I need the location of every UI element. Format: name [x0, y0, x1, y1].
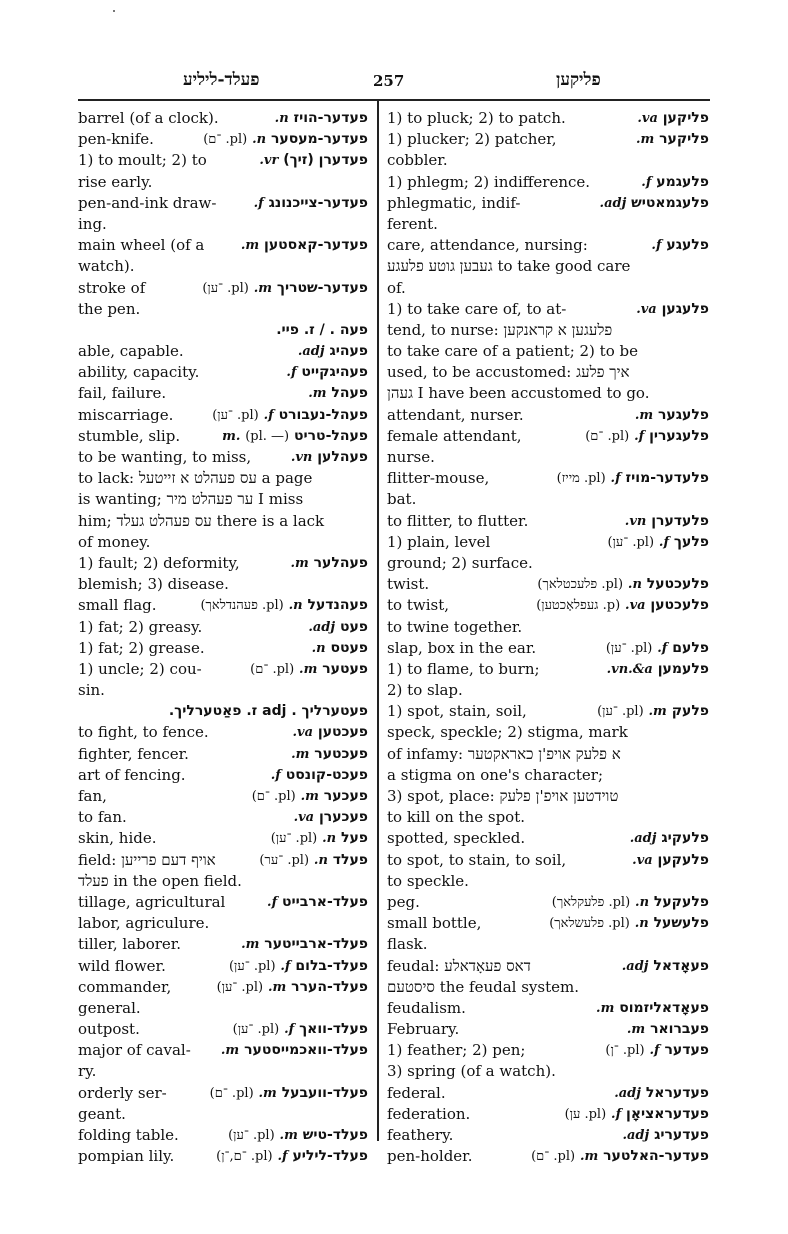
english-gloss: folding table.: [78, 1125, 179, 1146]
grammar-label: f.: [634, 429, 644, 444]
dictionary-line: spotted, speckled.פלעקיג adj.: [387, 828, 709, 849]
headword-group: פעדער-צייכנונג f.: [254, 193, 368, 214]
grammar-label: adj.: [622, 1128, 649, 1143]
headword-group: פעכטען va.: [293, 722, 369, 743]
grammar-label: f.: [659, 535, 669, 550]
english-gloss: speck, speckle; 2) stigma, mark: [387, 722, 628, 743]
dictionary-line: nurse.: [387, 447, 709, 468]
english-gloss: small flag.: [78, 595, 157, 616]
english-gloss: סיסטעם the feudal system.: [387, 977, 579, 998]
headword-group: פלעגער m.: [635, 405, 709, 426]
dictionary-line: 2) to slap.: [387, 680, 709, 701]
yiddish-headword: פליקער: [659, 131, 709, 147]
grammar-label: f.: [641, 175, 651, 190]
yiddish-headword: פעל: [341, 830, 368, 846]
english-gloss: geant.: [78, 1104, 126, 1125]
guide-word-left: פעלד-ליליע: [183, 70, 260, 90]
headword-group: פעלד-וואכמייסטער m.: [221, 1040, 368, 1061]
dictionary-line: general.: [78, 998, 368, 1019]
plural-form: (pl. ־ם,־ן): [216, 1149, 272, 1164]
headword-group: פעדעריג adj.: [622, 1125, 709, 1146]
yiddish-headword: פעטער: [322, 661, 368, 677]
plural-form: (pl. —): [245, 429, 289, 444]
headword-group: פעטער m. (pl. ־ם): [250, 659, 368, 680]
yiddish-headword: פעלד-ארבייטער: [264, 936, 368, 952]
headword-group: פעלד-טיש m. (pl. ־ען): [228, 1125, 368, 1146]
grammar-label: m.: [596, 1001, 614, 1016]
yiddish-headword: פעדער-האלטער: [603, 1148, 709, 1164]
grammar-label: f.: [254, 196, 264, 211]
yiddish-headword: פלעשעל: [654, 915, 709, 931]
headword-group: פעלד-וועבעל m. (pl. ־ם): [210, 1083, 368, 1104]
headword-group: פעטערליך . adj ז. פאַטערליך.: [169, 701, 368, 722]
grammar-label: m.: [308, 386, 326, 401]
yiddish-headword: פעכט-קונסט: [286, 767, 368, 783]
plural-form: (pl. ־ען): [597, 704, 644, 719]
english-gloss: the pen.: [78, 299, 140, 320]
dictionary-line: fan,פעכער m. (pl. ־ם): [78, 786, 368, 807]
dictionary-line: of infamy: א פלעק אויפ'ן כאראקטער: [387, 744, 709, 765]
headword-group: פלעגמאטיש adj.: [600, 193, 709, 214]
headword-group: פעל n. (pl. ־ען): [271, 828, 368, 849]
grammar-label: n.: [312, 641, 326, 656]
dictionary-line: 1) phlegm; 2) indifference.פלעגמע f.: [387, 172, 709, 193]
yiddish-headword: פלעדערן: [651, 513, 709, 529]
english-gloss: federal.: [387, 1083, 446, 1104]
yiddish-headword: פלעקען: [658, 852, 709, 868]
plural-form: (pl. ־ם): [252, 789, 296, 804]
english-gloss: 1) to take care of, to at-: [387, 299, 566, 320]
english-gloss: to kill on the spot.: [387, 807, 525, 828]
plural-form: (pl. ־ען): [212, 408, 259, 423]
headword-group: פעכערן va.: [294, 807, 368, 828]
yiddish-headword: פעהיגקייט: [301, 364, 368, 380]
yiddish-headword: פעדער-הויז: [294, 110, 368, 126]
dictionary-line: ground; 2) surface.: [387, 553, 709, 574]
grammar-label: f.: [611, 471, 621, 486]
dictionary-line: cobbler.: [387, 150, 709, 171]
yiddish-headword: פעהנדעל: [307, 597, 368, 613]
english-gloss: small bottle,: [387, 913, 481, 934]
yiddish-headword: פלעק: [672, 703, 709, 719]
english-gloss: bat.: [387, 489, 416, 510]
dictionary-line: barrel (of a clock).פעדער-הויז n.: [78, 108, 368, 129]
english-gloss: of money.: [78, 532, 150, 553]
dictionary-line: feudalism.פעאָדאליזמוס m.: [387, 998, 709, 1019]
grammar-label: va.: [294, 810, 315, 825]
english-gloss: used, to be accustomed: איך פלעג: [387, 362, 630, 383]
dictionary-line: tillage, agriculturalפעלד-ארבייט f.: [78, 892, 368, 913]
english-gloss: spotted, speckled.: [387, 828, 525, 849]
dictionary-line: ability, capacity.פעהיגקייט f.: [78, 362, 368, 383]
english-gloss: feathery.: [387, 1125, 453, 1146]
dictionary-line: to spot, to stain, to soil,פלעקען va.: [387, 850, 709, 871]
english-gloss: feudal: דאס פעאָדאלע: [387, 956, 531, 977]
dictionary-line: flitter-mouse,פלעדער-מויז f. (pl. מייז): [387, 468, 709, 489]
grammar-label: vr.: [259, 153, 278, 168]
english-gloss: to lack: עס פעהלט א זייטעל a page: [78, 468, 312, 489]
dictionary-line: פעלד in the open field.: [78, 871, 368, 892]
english-gloss: care, attendance, nursing:: [387, 235, 588, 256]
yiddish-headword: פעדעראציאָן: [626, 1106, 709, 1122]
grammar-label: n.: [314, 853, 328, 868]
dictionary-line: watch).: [78, 256, 368, 277]
english-gloss: 1) to moult; 2) to: [78, 150, 207, 171]
headword-group: פעדער-שטריך m. (pl. ־ען): [202, 278, 368, 299]
grammar-label: m.: [301, 789, 319, 804]
english-gloss: nurse.: [387, 447, 435, 468]
plural-form: (pl. ־ם): [531, 1149, 575, 1164]
dictionary-line: small bottle,פלעשעל n. (pl. פלעשלאך): [387, 913, 709, 934]
dictionary-line: 1) plain, levelפלעך f. (pl. ־ען): [387, 532, 709, 553]
grammar-label: n.: [322, 831, 336, 846]
plural-form: (pl. ־ן): [605, 1043, 644, 1058]
headword-group: פלעגערין f. (pl. ־ם): [585, 426, 709, 447]
headword-group: פעהנדעל n. (pl. פעהנדלאך): [200, 595, 368, 616]
english-gloss: 1) fat; 2) greasy.: [78, 617, 202, 638]
yiddish-headword: פעדעריג: [654, 1127, 709, 1143]
header-rule: [78, 99, 710, 101]
grammar-label: m.: [291, 747, 309, 762]
yiddish-headword: פעהל: [331, 385, 368, 401]
yiddish-headword: פעדער-מעסער: [271, 131, 368, 147]
dictionary-line: folding table.פעלד-טיש m. (pl. ־ען): [78, 1125, 368, 1146]
yiddish-headword: פעלד-וועבעל: [282, 1085, 368, 1101]
english-gloss: of.: [387, 278, 406, 299]
dictionary-line: 3) spring (of a watch).: [387, 1061, 709, 1082]
headword-group: פעדער f. (pl. ־ן): [605, 1040, 709, 1061]
grammar-label: adj.: [600, 196, 627, 211]
dictionary-line: used, to be accustomed: איך פלעג: [387, 362, 709, 383]
grammar-label: adj.: [298, 344, 325, 359]
grammar-label: m.: [241, 937, 259, 952]
english-gloss: major of caval-: [78, 1040, 191, 1061]
headword-group: פלעקיג adj.: [630, 828, 709, 849]
english-gloss: fan,: [78, 786, 107, 807]
headword-group: פעכטער m.: [291, 744, 368, 765]
dictionary-line: of money.: [78, 532, 368, 553]
english-gloss: pen-holder.: [387, 1146, 472, 1167]
dictionary-line: 1) fat; 2) greasy.פעט adj.: [78, 617, 368, 638]
dictionary-line: to twine together.: [387, 617, 709, 638]
page-number: 257: [373, 72, 404, 90]
headword-group: פלעקען va.: [632, 850, 709, 871]
dictionary-line: 1) feather; 2) pen;פעדער f. (pl. ־ן): [387, 1040, 709, 1061]
plural-form: (pl. ־ען): [228, 1128, 275, 1143]
english-gloss: fail, failure.: [78, 383, 166, 404]
grammar-label: m.: [280, 1128, 298, 1143]
yiddish-headword: פלעגמע: [656, 174, 709, 190]
english-gloss: February.: [387, 1019, 459, 1040]
headword-group: פעלד-ליליע f. (pl. ־ם,־ן): [216, 1146, 368, 1167]
dictionary-line: ing.: [78, 214, 368, 235]
grammar-label: adj.: [622, 959, 649, 974]
dictionary-line: tend, to nurse: פלעגען א קראנקען: [387, 320, 709, 341]
english-gloss: art of fencing.: [78, 765, 186, 786]
dictionary-line: to kill on the spot.: [387, 807, 709, 828]
english-gloss: 3) spring (of a watch).: [387, 1061, 556, 1082]
headword-group: פלעם f. (pl. ־ען): [606, 638, 709, 659]
grammar-label: va.: [625, 598, 646, 613]
headword-group: פעלד n. (pl. ־ער): [259, 850, 368, 871]
english-gloss: pompian lily.: [78, 1146, 174, 1167]
grammar-label: adj.: [614, 1086, 641, 1101]
yiddish-headword: פעהלער: [314, 555, 368, 571]
headword-group: פעהלען vn.: [291, 447, 368, 468]
yiddish-headword: פעט: [340, 619, 368, 635]
grammar-label: m.: [222, 429, 240, 444]
dictionary-line: 1) uncle; 2) cou-פעטער m. (pl. ־ם): [78, 659, 368, 680]
english-gloss: fighter, fencer.: [78, 744, 189, 765]
dictionary-line: main wheel (of aפעדער-קאסטען m.: [78, 235, 368, 256]
dictionary-line: peg.פלעקעל n. (pl. פלעקלאך): [387, 892, 709, 913]
dictionary-line: to flitter, to flutter.פלעדערן vn.: [387, 511, 709, 532]
yiddish-headword: פעדער-שטריך: [277, 280, 368, 296]
english-gloss: skin, hide.: [78, 828, 157, 849]
yiddish-headword: פעה . / ז. פיי.: [276, 322, 368, 338]
english-gloss: to be wanting, to miss,: [78, 447, 251, 468]
headword-group: פעלד-וואך f. (pl. ־ען): [233, 1019, 368, 1040]
headword-group: פעאָדאליזמוס m.: [596, 998, 709, 1019]
dictionary-line: attendant, nurser.פלעגער m.: [387, 405, 709, 426]
yiddish-headword: פעטערליך . adj ז. פאַטערליך.: [169, 703, 368, 719]
dictionary-line: art of fencing.פעכט-קונסט f.: [78, 765, 368, 786]
english-gloss: phlegmatic, indif-: [387, 193, 520, 214]
english-gloss: ground; 2) surface.: [387, 553, 533, 574]
scan-speck: [113, 10, 115, 12]
yiddish-headword: פעלד-ליליע: [292, 1148, 368, 1164]
english-gloss: 1) fault; 2) deformity,: [78, 553, 240, 574]
grammar-label: n.: [628, 577, 642, 592]
dictionary-line: field: אויף דעם פרייעןפעלד n. (pl. ־ער): [78, 850, 368, 871]
dictionary-line: 1) to moult; 2) toפעדערן (זיך) vr.: [78, 150, 368, 171]
plural-form: (pl. ־ם): [250, 662, 294, 677]
plural-form: (pl. ־ם): [585, 429, 629, 444]
yiddish-headword: פעכער: [324, 788, 368, 804]
english-gloss: watch).: [78, 256, 135, 277]
dictionary-line: 3) spot, place: טוידטען אויפ'ן פלעק: [387, 786, 709, 807]
grammar-label: f.: [651, 238, 661, 253]
yiddish-headword: פעלד-בלום: [295, 958, 368, 974]
english-gloss: 1) feather; 2) pen;: [387, 1040, 525, 1061]
grammar-label: m.: [259, 1086, 277, 1101]
grammar-label: f.: [649, 1043, 659, 1058]
yiddish-headword: פעלד-וואך: [299, 1021, 368, 1037]
dictionary-line: feathery.פעדעריג adj.: [387, 1125, 709, 1146]
english-gloss: sin.: [78, 680, 105, 701]
dictionary-line: pompian lily.פעלד-ליליע f. (pl. ־ם,־ן): [78, 1146, 368, 1167]
headword-group: פעדעראציאָן f. (pl. ען): [565, 1104, 709, 1125]
yiddish-headword: פעלד: [333, 852, 368, 868]
dictionary-line: federal.פעדעראל adj.: [387, 1083, 709, 1104]
english-gloss: ability, capacity.: [78, 362, 199, 383]
dictionary-line: 1) plucker; 2) patcher,פליקער m.: [387, 129, 709, 150]
plural-form: (pl. ־ען): [607, 535, 654, 550]
english-gloss: pen-knife.: [78, 129, 154, 150]
yiddish-headword: פעכטען: [318, 724, 368, 740]
headword-group: פעטס n.: [312, 638, 368, 659]
yiddish-headword: פעהלען: [317, 449, 368, 465]
headword-group: פלעדער-מויז f. (pl. מייז): [557, 468, 709, 489]
grammar-label: vn.: [625, 514, 647, 529]
dictionary-line: to twist,פלעכטען va. (p. געפלאָכטען): [387, 595, 709, 616]
running-head: פעלד-ליליע 257 פליקען: [78, 70, 710, 92]
yiddish-headword: פלעכטען: [650, 597, 709, 613]
dictionary-line: pen-holder.פעדער-האלטער m. (pl. ־ם): [387, 1146, 709, 1167]
grammar-label: f.: [657, 641, 667, 656]
grammar-label: va.: [293, 725, 314, 740]
english-gloss: barrel (of a clock).: [78, 108, 219, 129]
english-gloss: general.: [78, 998, 141, 1019]
dictionary-line: 1) to take care of, to at-פלעגען va.: [387, 299, 709, 320]
plural-form: (pl. ־ער): [259, 853, 309, 868]
grammar-label: f.: [286, 365, 296, 380]
headword-group: פליקער m.: [636, 129, 709, 150]
grammar-label: f.: [271, 768, 281, 783]
dictionary-line: געהן I have been accustomed to go.: [387, 383, 709, 404]
dictionary-line: major of caval-פעלד-וואכמייסטער m.: [78, 1040, 368, 1061]
grammar-label: n.: [289, 598, 303, 613]
headword-group: פעכער m. (pl. ־ם): [252, 786, 368, 807]
grammar-label: m.: [241, 238, 259, 253]
dictionary-line: 1) to flame, to burn;פלעמען vn.&a.: [387, 659, 709, 680]
grammar-label: vn.&a.: [607, 662, 653, 677]
english-gloss: to take care of a patient; 2) to be: [387, 341, 638, 362]
dictionary-line: miscarriage.פעהל-נעבורט f. (pl. ־ען): [78, 405, 368, 426]
dictionary-line: skin, hide.פעל n. (pl. ־ען): [78, 828, 368, 849]
dictionary-line: ry.: [78, 1061, 368, 1082]
yiddish-headword: פלעגערין: [649, 428, 709, 444]
english-gloss: him; עס פעהלט געלד there is a lack: [78, 511, 324, 532]
headword-group: פעלד-ארבייטער m.: [241, 934, 368, 955]
headword-group: פעהל-נעבורט f. (pl. ־ען): [212, 405, 368, 426]
english-gloss: field: אויף דעם פרייען: [78, 850, 216, 871]
plural-form: (pl. פעהנדלאך): [200, 598, 283, 613]
yiddish-headword: פעלד-ארבייט: [282, 894, 368, 910]
dictionary-line: stumble, slip.פעהל-טריט m. (pl. —): [78, 426, 368, 447]
english-gloss: stroke of: [78, 278, 145, 299]
headword-group: פעה . / ז. פיי.: [276, 320, 368, 341]
dictionary-line: labor, agriculure.: [78, 913, 368, 934]
dictionary-line: is wanting; ער פעהלט מיר I miss: [78, 489, 368, 510]
grammar-label: f.: [267, 895, 277, 910]
yiddish-headword: פעדער-קאסטען: [264, 237, 368, 253]
english-gloss: flask.: [387, 934, 428, 955]
plural-form: (pl. מייז): [557, 471, 606, 486]
english-gloss: main wheel (of a: [78, 235, 204, 256]
english-gloss: 1) spot, stain, soil,: [387, 701, 527, 722]
headword-group: פלעגמע f.: [641, 172, 709, 193]
dictionary-line: fail, failure.פעהל m.: [78, 383, 368, 404]
grammar-label: adj.: [308, 620, 335, 635]
dictionary-line: of.: [387, 278, 709, 299]
english-gloss: tillage, agricultural: [78, 892, 225, 913]
dictionary-line: able, capable.פעהיג adj.: [78, 341, 368, 362]
yiddish-headword: פלעם: [672, 640, 709, 656]
grammar-label: n.: [635, 895, 649, 910]
english-gloss: rise early.: [78, 172, 152, 193]
dictionary-line: pen-and-ink draw-פעדער-צייכנונג f.: [78, 193, 368, 214]
english-gloss: is wanting; ער פעהלט מיר I miss: [78, 489, 303, 510]
headword-group: פלעכטען va. (p. געפלאָכטען): [536, 595, 709, 616]
yiddish-headword: פלעקעל: [654, 894, 709, 910]
dictionary-line: small flag.פעהנדעל n. (pl. פעהנדלאך): [78, 595, 368, 616]
yiddish-headword: פעטס: [330, 640, 368, 656]
plural-form: (pl. ען): [565, 1107, 607, 1122]
yiddish-headword: פעהל-נעבורט: [279, 407, 368, 423]
yiddish-headword: פלעגען: [662, 301, 709, 317]
yiddish-headword: פלעכטעל: [647, 576, 709, 592]
headword-group: פעדערן (זיך) vr.: [259, 150, 368, 171]
english-gloss: 1) to flame, to burn;: [387, 659, 540, 680]
english-gloss: to fan.: [78, 807, 127, 828]
english-gloss: 1) uncle; 2) cou-: [78, 659, 202, 680]
dictionary-line: female attendant,פלעגערין f. (pl. ־ם): [387, 426, 709, 447]
english-gloss: געהן I have been accustomed to go.: [387, 383, 649, 404]
headword-group: פלעשעל n. (pl. פלעשלאך): [549, 913, 709, 934]
dictionary-line: flask.: [387, 934, 709, 955]
headword-group: פעהל-טריט m. (pl. —): [222, 426, 368, 447]
yiddish-headword: פעהל-טריט: [294, 428, 368, 444]
grammar-label: m.: [580, 1149, 598, 1164]
headword-group: פעדער-הויז n.: [275, 108, 368, 129]
headword-group: פעלד-בלום f. (pl. ־ען): [229, 956, 368, 977]
right-column: 1) to pluck; 2) to patch.פליקען va.1) pl…: [387, 108, 709, 1167]
yiddish-headword: פלעגע: [666, 237, 709, 253]
dictionary-line: געבען גוטע פלעגע to take good care: [387, 256, 709, 277]
english-gloss: federation.: [387, 1104, 470, 1125]
headword-group: פלעגע f.: [651, 235, 709, 256]
plural-form: (pl. ־ם): [203, 132, 247, 147]
grammar-label: f.: [284, 1022, 294, 1037]
headword-group: פלעמען vn.&a.: [607, 659, 709, 680]
yiddish-headword: פעדערן (זיך): [283, 152, 368, 168]
english-gloss: ry.: [78, 1061, 96, 1082]
headword-group: פלעדערן vn.: [625, 511, 709, 532]
english-gloss: 3) spot, place: טוידטען אויפ'ן פלעק: [387, 786, 618, 807]
yiddish-headword: פלעגער: [658, 407, 709, 423]
dictionary-line: 1) fat; 2) grease.פעטס n.: [78, 638, 368, 659]
grammar-label: m.: [290, 556, 308, 571]
dictionary-line: federation.פעדעראציאָן f. (pl. ען): [387, 1104, 709, 1125]
dictionary-line: pen-knife.פעדער-מעסער n. (pl. ־ם): [78, 129, 368, 150]
headword-group: פעהל m.: [308, 383, 368, 404]
headword-group: פעדער-מעסער n. (pl. ־ם): [203, 129, 368, 150]
yiddish-headword: פעהיג: [329, 343, 368, 359]
english-gloss: flitter-mouse,: [387, 468, 489, 489]
grammar-label: m.: [268, 980, 286, 995]
dictionary-line: סיסטעם the feudal system.: [387, 977, 709, 998]
dictionary-line: care, attendance, nursing:פלעגע f.: [387, 235, 709, 256]
english-gloss: a stigma on one's character;: [387, 765, 603, 786]
grammar-label: m.: [299, 662, 317, 677]
headword-group: פעהיג adj.: [298, 341, 368, 362]
grammar-label: n.: [275, 111, 289, 126]
yiddish-headword: פעדעראל: [646, 1085, 709, 1101]
plural-form: (pl. ־ען): [229, 959, 276, 974]
dictionary-line: him; עס פעהלט געלד there is a lack: [78, 511, 368, 532]
left-column: barrel (of a clock).פעדער-הויז n.pen-kni…: [78, 108, 368, 1167]
yiddish-headword: פעברואר: [650, 1021, 709, 1037]
dictionary-line: commander,פעלד-הערר m. (pl. ־ען): [78, 977, 368, 998]
english-gloss: ferent.: [387, 214, 438, 235]
english-gloss: of infamy: א פלעק אויפ'ן כאראקטער: [387, 744, 621, 765]
dictionary-line: outpost.פעלד-וואך f. (pl. ־ען): [78, 1019, 368, 1040]
plural-form: (pl. ־ען): [233, 1022, 280, 1037]
guide-word-right: פליקען: [556, 70, 601, 90]
english-gloss: 1) plain, level: [387, 532, 490, 553]
grammar-label: f.: [277, 1149, 287, 1164]
